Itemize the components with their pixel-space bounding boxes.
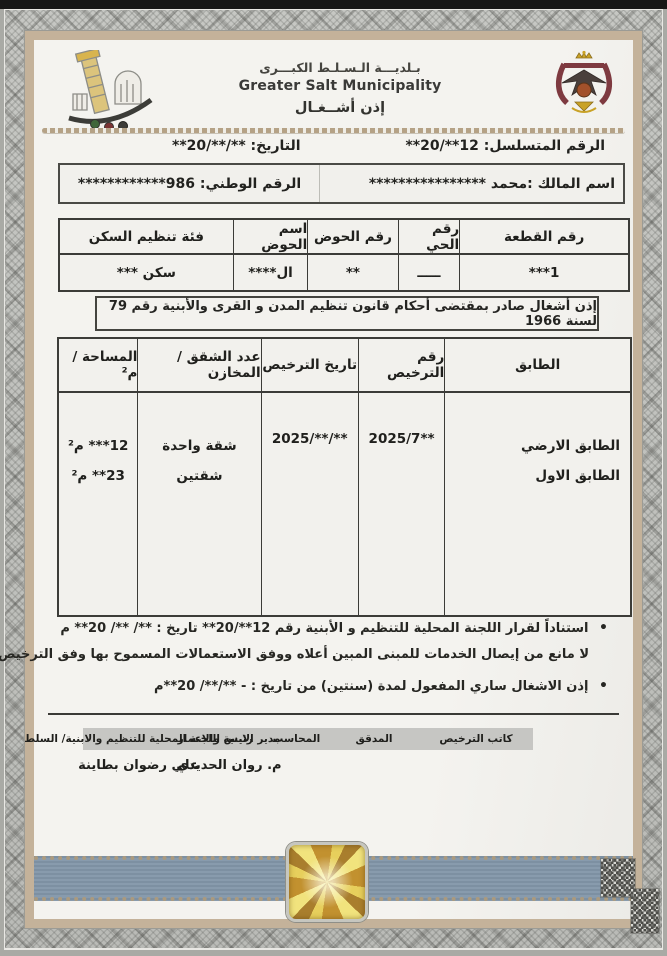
header-text-block: بـلديـــة الـسـلـط الكبـــرى Greater Sal… (210, 60, 470, 116)
serial-label: الرقم المتسلسل: (484, 138, 605, 154)
scan-edge-bar (0, 0, 667, 9)
sig-name-director: م. روان الحديدي (194, 754, 264, 776)
sig-name-empty-1 (419, 754, 533, 776)
units-line-2: شقتين (162, 461, 236, 491)
sig-col-committee-chairman: رئيس اللجنة المحلية للتنظيم والابنية/ ال… (83, 728, 194, 750)
license-number-value: 2025/7** (369, 431, 435, 447)
scanned-document-view: { "header": { "municipality_ar": "بـلديـ… (0, 0, 667, 956)
note-2-text: إذن الاشغال ساري المفعول لمدة (سنتين) من… (154, 679, 588, 694)
license-cell-date: 2025/**/** (261, 393, 358, 615)
area-line-2: 23** م² (68, 461, 129, 491)
jordan-coat-of-arms (548, 50, 620, 122)
bullet-icon: • (599, 620, 608, 636)
plot-header-parcel: رقم القطعة (459, 220, 628, 253)
license-header-date: تاريخ الترخيص (261, 339, 358, 391)
sig-name-empty-2 (329, 754, 419, 776)
license-cell-area: 12*** م² 23** م² (59, 393, 137, 615)
owner-info-box: اسم المالك :محمد **************** الرقم … (58, 163, 625, 204)
plot-value-zoning: سكن *** (60, 255, 233, 290)
plot-value-parcel: 1*** (459, 255, 628, 290)
owner-name-mask: **************** (369, 176, 486, 192)
license-cell-floor: الطابق الارضي الطابق الاول (444, 393, 630, 615)
qr-code-corner (631, 889, 659, 933)
plot-value-basin-no: ** (307, 255, 397, 290)
date-value: **/**/20** (172, 138, 246, 154)
note-1-continued-text: لا مانع من إيصال الخدمات للمبنى المبين أ… (0, 647, 589, 662)
gold-hologram-seal (286, 842, 368, 922)
municipality-name-english: Greater Salt Municipality (210, 78, 470, 94)
note-1-text: استناداً لقرار اللجنة المحلية للتنظيم و … (60, 621, 588, 636)
note-bullet-1-continued: لا مانع من إيصال الخدمات للمبنى المبين أ… (0, 647, 589, 662)
license-table-data-row: الطابق الارضي الطابق الاول 2025/7** 2025… (59, 393, 630, 615)
plot-value-district: ـــــ (398, 255, 460, 290)
national-id-value: 986************ (78, 176, 195, 192)
owner-name-label: اسم المالك :محمد (491, 176, 615, 192)
sig-name-chairman: علي رضوان بطاينة (83, 754, 194, 776)
area-line-1: 12*** م² (68, 431, 129, 461)
plot-table-value-row: 1*** ـــــ ** ال**** سكن *** (60, 255, 628, 290)
sig-col-auditor: المدقق (329, 728, 419, 750)
certificate-sheet: بـلديـــة الـسـلـط الكبـــرى Greater Sal… (4, 9, 663, 950)
floor-line-first: الطابق الاول (521, 461, 620, 491)
license-header-units: عدد الشقق / المخازن (137, 339, 260, 391)
salt-municipality-logo (55, 50, 170, 140)
qr-code (601, 859, 635, 897)
sig-col-license-clerk: كاتب الترخيص (419, 728, 533, 750)
license-header-floor: الطابق (444, 339, 630, 391)
date-label: التاريخ: (251, 138, 301, 154)
plot-table-header-row: رقم القطعة رقم الحي رقم الحوض اسم الحوض … (60, 220, 628, 255)
legal-statement-box: إذن أشغال صادر بمقتضى أحكام قانون تنظيم … (95, 296, 599, 331)
date-line: التاريخ: **/**/20** (172, 138, 301, 154)
signature-divider-line (48, 713, 619, 715)
national-id-cell: الرقم الوطني: 986************ (60, 176, 319, 192)
serial-number-line: الرقم المتسلسل: 12**/20** (405, 138, 605, 154)
license-table: الطابق رقم الترخيص تاريخ الترخيص عدد الش… (57, 337, 632, 617)
bullet-icon: • (599, 678, 608, 694)
owner-name-cell: اسم المالك :محمد **************** (319, 165, 623, 202)
legal-statement-text: إذن أشغال صادر بمقتضى أحكام قانون تنظيم … (97, 299, 597, 329)
license-header-number: رقم الترخيص (358, 339, 444, 391)
national-id-label: الرقم الوطني: (200, 176, 301, 192)
license-cell-units: شقة واحدة شقتين (137, 393, 260, 615)
permit-body: بـلديـــة الـسـلـط الكبـــرى Greater Sal… (34, 40, 633, 919)
note-bullet-2: • إذن الاشغال ساري المفعول لمدة (سنتين) … (154, 678, 608, 694)
note-bullet-1: • استناداً لقرار اللجنة المحلية للتنظيم … (60, 620, 608, 636)
plot-value-basin-name: ال**** (233, 255, 307, 290)
signature-names-row: م. روان الحديدي علي رضوان بطاينة (83, 754, 533, 776)
license-table-header-row: الطابق رقم الترخيص تاريخ الترخيص عدد الش… (59, 339, 630, 393)
floor-line-ground: الطابق الارضي (521, 431, 620, 461)
plot-info-table: رقم القطعة رقم الحي رقم الحوض اسم الحوض … (58, 218, 630, 292)
rope-divider (42, 128, 625, 133)
plot-header-district: رقم الحي (398, 220, 460, 253)
license-cell-number: 2025/7** (358, 393, 444, 615)
units-line-1: شقة واحدة (162, 431, 236, 461)
serial-value: 12**/20** (405, 138, 478, 154)
permit-title: إذن أشــغـال (210, 100, 470, 116)
license-header-area: المساحة / م² (59, 339, 137, 391)
signature-header-row: كاتب الترخيص المدقق المحاسب مدير الابنية… (83, 728, 533, 750)
plot-header-zoning: فئة تنظيم السكن (60, 220, 233, 253)
municipality-name-arabic: بـلديـــة الـسـلـط الكبـــرى (210, 60, 470, 75)
license-date-value: 2025/**/** (272, 431, 348, 447)
plot-header-basin-no: رقم الحوض (307, 220, 397, 253)
plot-header-basin-name: اسم الحوض (233, 220, 307, 253)
